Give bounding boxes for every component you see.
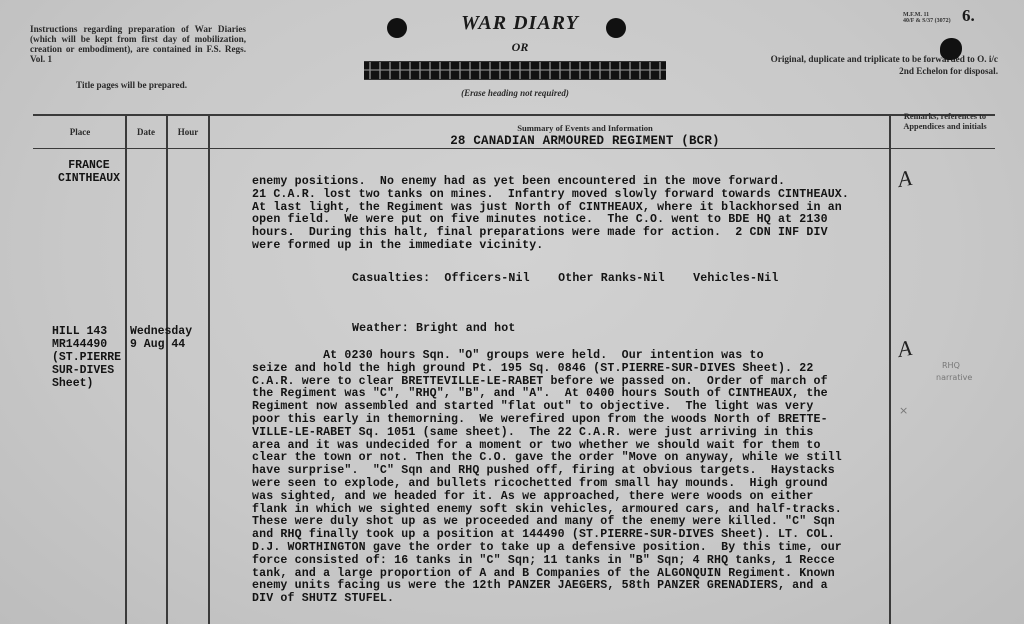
summary-line: were seen to explode, and bullets ricoch… (252, 478, 892, 491)
entry-2-date: Wednesday 9 Aug 44 (130, 325, 192, 351)
header-place: Place (40, 127, 120, 137)
entry-2-place-line: HILL 143 (52, 325, 121, 338)
entry-2-initials: A (896, 335, 914, 363)
document-title: WAR DIARY (440, 12, 600, 35)
entry-2-place: HILL 143 MR144490 (ST.PIERRE SUR-DIVES S… (52, 325, 121, 390)
entry-2-place-line: MR144490 (52, 338, 121, 351)
pencil-note-line: RHQ (942, 360, 972, 372)
header-date: Date (127, 127, 165, 137)
forwarding-note: Original, duplicate and triplicate to be… (766, 53, 998, 77)
summary-line: 21 C.A.R. lost two tanks on mines. Infan… (252, 189, 892, 202)
page-number: 6. (962, 6, 975, 26)
table-header-rule (33, 148, 995, 149)
entry-1-initials: A (896, 165, 914, 193)
entry-1-place-line: CINTHEAUX (52, 172, 126, 185)
entry-2-date-weekday: Wednesday (130, 325, 192, 338)
entry-1-place-line: FRANCE (52, 159, 126, 172)
summary-line: seize and hold the high ground Pt. 195 S… (252, 363, 892, 376)
summary-line: DIV of SHUTZ STUFEL. (252, 593, 892, 606)
entry-2-place-line: (ST.PIERRE (52, 351, 121, 364)
table-top-rule (33, 114, 995, 116)
column-divider-date (166, 114, 168, 624)
summary-line: force consisted of: 16 tanks in "C" Sqn;… (252, 555, 892, 568)
entry-1-casualties: Casualties: Officers-Nil Other Ranks-Nil… (352, 273, 992, 286)
summary-line: were formed up in the immediate vicinity… (252, 240, 892, 253)
summary-line: was sighted, and we headed for it. As we… (252, 491, 892, 504)
pencil-note-line: narrative (936, 372, 972, 384)
summary-line: VILLE-LE-RABET Sq. 1051 (same sheet). Th… (252, 427, 892, 440)
header-summary: Summary of Events and Information (420, 123, 750, 133)
summary-line: D.J. WORTHINGTON gave the order to take … (252, 542, 892, 555)
ink-blot-icon (940, 38, 962, 60)
erase-heading-note: (Erase heading not required) (430, 88, 600, 98)
title-pages-note: Title pages will be prepared. (76, 80, 187, 90)
entry-2-place-line: SUR-DIVES (52, 364, 121, 377)
instructions-text: Instructions regarding preparation of Wa… (30, 24, 246, 64)
header-remarks: Remarks, references to Appendices and in… (893, 112, 997, 132)
entry-2-summary: At 0230 hours Sqn. "O" groups were held.… (252, 350, 892, 606)
entry-2-place-line: Sheet) (52, 377, 121, 390)
entry-2-pencil-note: RHQ narrative (942, 360, 972, 384)
entry-1-place: FRANCE CINTHEAUX (52, 159, 126, 185)
summary-line: At 0230 hours Sqn. "O" groups were held.… (252, 350, 892, 363)
unit-name: 28 CANADIAN ARMOURED REGIMENT (BCR) (420, 134, 750, 148)
summary-line: poor this early in themorning. We werefi… (252, 414, 892, 427)
column-divider-hour (208, 114, 210, 624)
form-code-line2: 40/F & S/37 (3072) (903, 18, 951, 24)
pencil-cross-icon: × (899, 404, 908, 417)
war-diary-page: Instructions regarding preparation of Wa… (0, 0, 1024, 624)
entry-2-weather: Weather: Bright and hot (352, 323, 992, 336)
header-hour: Hour (168, 127, 208, 137)
erased-heading (364, 61, 666, 80)
punch-hole-right-icon (606, 18, 626, 38)
punch-hole-left-icon (387, 18, 407, 38)
summary-line: enemy positions. No enemy had as yet bee… (252, 176, 892, 189)
column-divider-place (125, 114, 127, 624)
entry-2-date-day: 9 Aug 44 (130, 338, 192, 351)
form-code: M.F.M. 11 40/F & S/37 (3072) (903, 12, 951, 24)
entry-1-summary: enemy positions. No enemy had as yet bee… (252, 176, 892, 253)
title-or: OR (440, 40, 600, 55)
